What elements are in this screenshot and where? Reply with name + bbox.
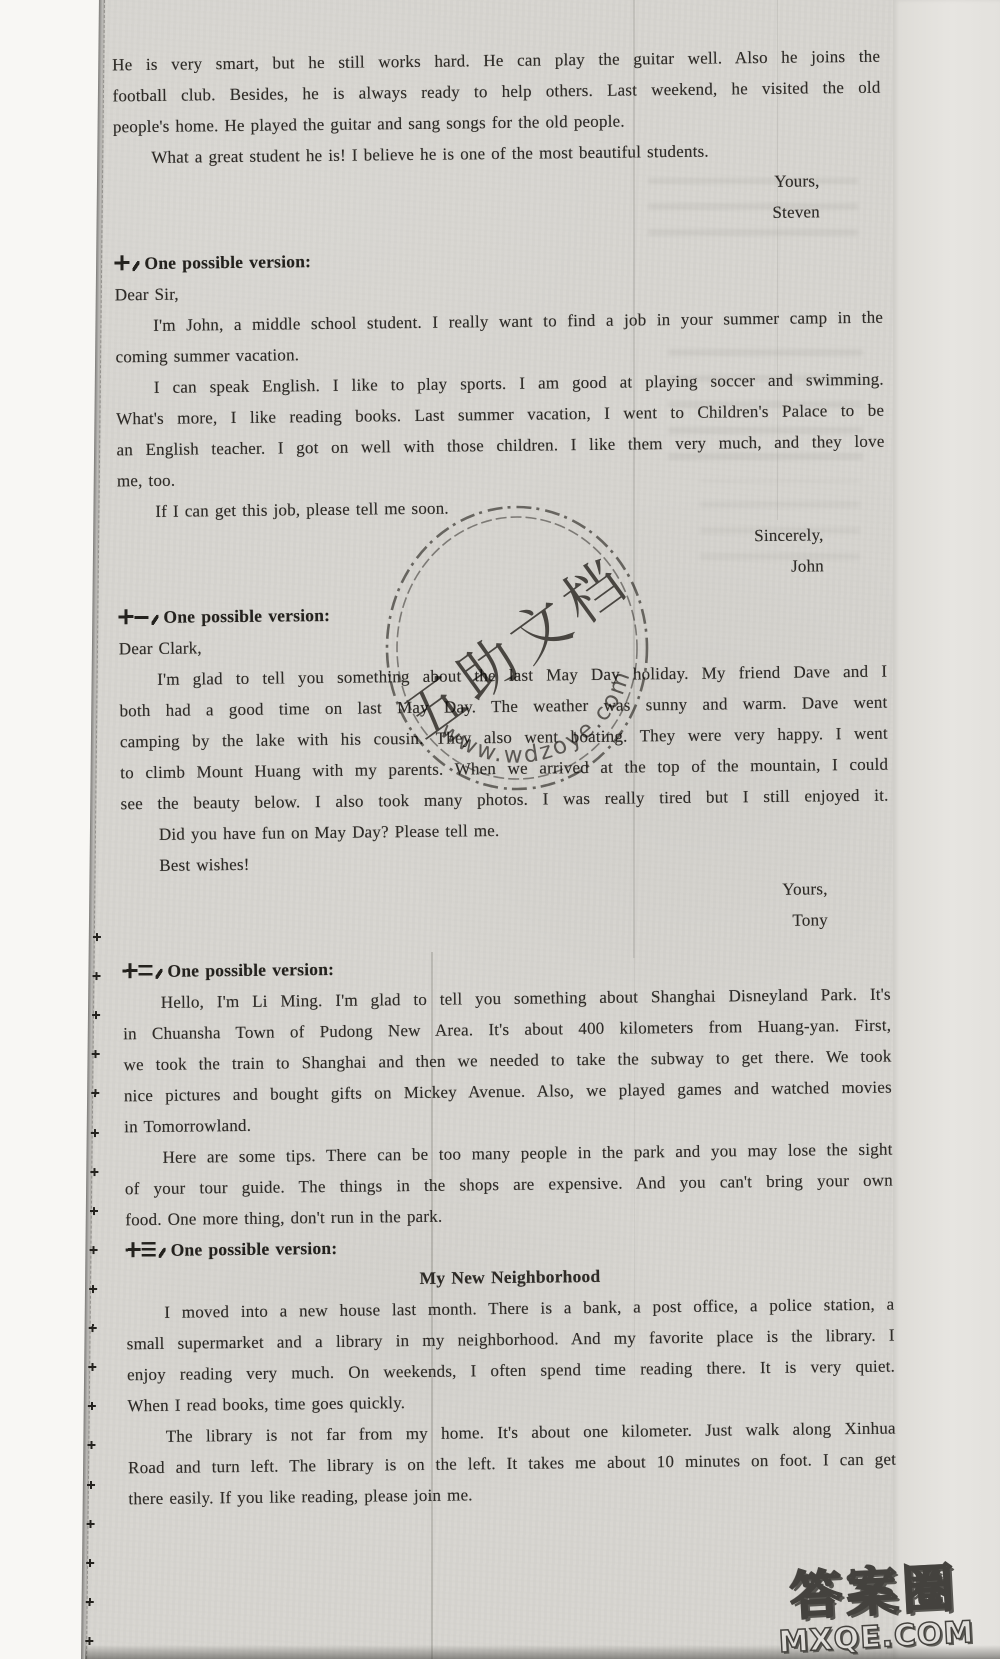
cjk-numeral-glyph bbox=[122, 963, 137, 978]
cjk-numeral-glyph bbox=[114, 255, 129, 270]
cjk-numeral-glyph bbox=[118, 609, 133, 624]
section-heading-label: One possible version: bbox=[171, 1238, 338, 1260]
section-heading-label: One possible version: bbox=[144, 251, 311, 273]
cjk-numeral-glyph bbox=[151, 615, 158, 625]
page-right-edge-strip bbox=[893, 0, 1000, 1659]
cjk-numeral-glyph bbox=[155, 969, 162, 979]
registration-cross-mark bbox=[87, 1441, 95, 1449]
registration-cross-mark bbox=[87, 1520, 95, 1528]
registration-cross-mark bbox=[89, 1285, 97, 1293]
cjk-numeral-glyph bbox=[138, 963, 152, 978]
registration-cross-mark bbox=[87, 1480, 95, 1488]
cjk-numeral-glyph bbox=[126, 1242, 141, 1257]
registration-cross-mark bbox=[85, 1637, 93, 1645]
registration-cross-mark bbox=[88, 1402, 96, 1410]
registration-cross-mark bbox=[89, 1324, 97, 1332]
registration-cross-mark bbox=[91, 1089, 99, 1097]
registration-cross-mark bbox=[86, 1559, 94, 1567]
answer-key-text-block: He is very smart, but he still works har… bbox=[112, 41, 897, 1515]
section-10: One possible version:Dear Sir,I'm John, … bbox=[114, 240, 886, 590]
registration-cross-mark bbox=[92, 972, 100, 980]
registration-cross-mark bbox=[93, 933, 101, 941]
registration-cross-mark bbox=[90, 1168, 98, 1176]
section-11: One possible version:Dear Clark,I'm glad… bbox=[118, 594, 890, 944]
registration-cross-mark bbox=[91, 1129, 99, 1137]
cjk-numeral-glyph bbox=[142, 1242, 156, 1257]
registration-cross-mark bbox=[90, 1207, 98, 1215]
registration-cross-mark bbox=[92, 1050, 100, 1058]
cjk-numeral-glyph bbox=[134, 609, 148, 624]
registration-cross-mark bbox=[90, 1246, 98, 1254]
registration-cross-mark bbox=[86, 1598, 94, 1606]
registration-cross-mark bbox=[92, 1011, 100, 1019]
closing-of-previous-essay: He is very smart, but he still works har… bbox=[112, 41, 882, 236]
cjk-numeral-glyph bbox=[132, 261, 139, 271]
registration-cross-mark bbox=[88, 1363, 96, 1371]
page-bottom-edge-shadow bbox=[85, 1645, 1000, 1659]
section-heading-label: One possible version: bbox=[167, 959, 334, 981]
section-13: One possible version:My New Neighborhood… bbox=[125, 1227, 896, 1515]
section-12: One possible version:Hello, I'm Li Ming.… bbox=[122, 948, 893, 1236]
section-heading-label: One possible version: bbox=[163, 605, 330, 627]
cjk-numeral-glyph bbox=[159, 1248, 166, 1258]
